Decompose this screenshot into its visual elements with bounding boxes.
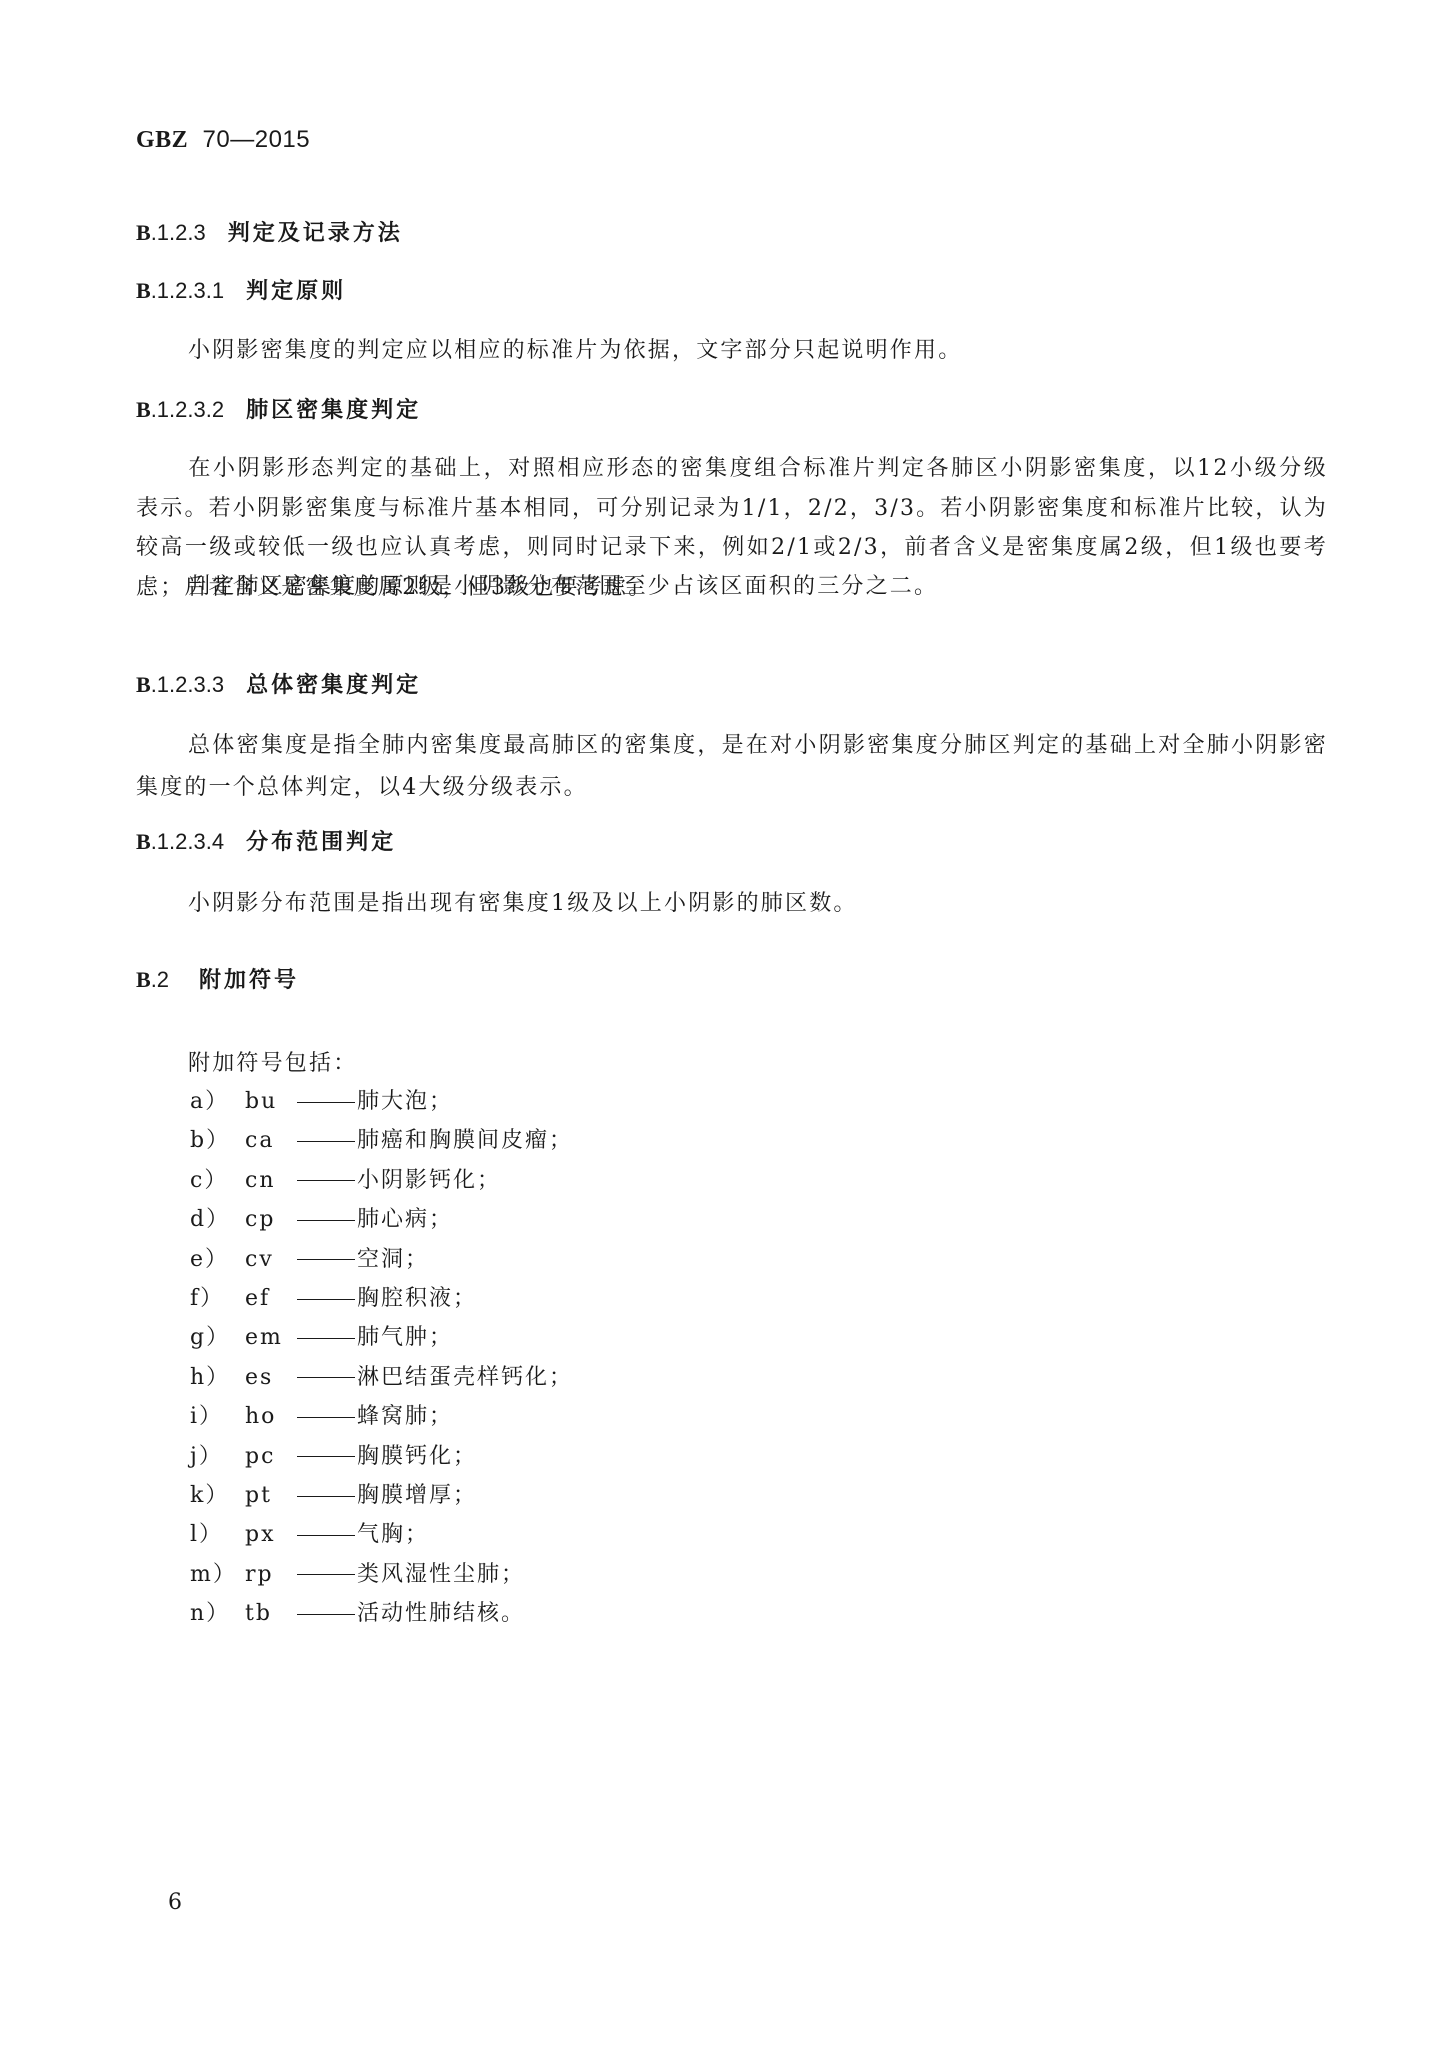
list-item: h）es淋巴结蛋壳样钙化； [190, 1363, 573, 1393]
em-dash [297, 1180, 355, 1181]
symbol-description: 肺心病； [357, 1207, 453, 1232]
paragraph-judgment-principle: 小阴影密集度的判定应以相应的标准片为依据，文字部分只起说明作用。 [136, 331, 1328, 371]
symbol-code: ef [245, 1284, 297, 1314]
section-number: .1.2.3.2 [151, 397, 224, 422]
paragraph-distribution-range: 小阴影分布范围是指出现有密集度1级及以上小阴影的肺区数。 [136, 884, 1328, 924]
symbol-code: ho [245, 1402, 297, 1432]
paragraph-symbols-intro: 附加符号包括： [136, 1044, 1328, 1084]
list-item: g）em肺气肿； [190, 1323, 453, 1353]
item-label: d） [190, 1205, 245, 1235]
em-dash [297, 1456, 355, 1457]
list-item: d）cp肺心病； [190, 1205, 453, 1235]
section-number: .1.2.3 [151, 220, 206, 245]
item-label: a） [190, 1087, 245, 1117]
item-label: n） [190, 1599, 245, 1629]
section-title: 总体密集度判定 [246, 673, 421, 698]
symbol-code: pc [245, 1442, 297, 1472]
standard-code: 70—2015 [203, 126, 311, 153]
list-item: i）ho蜂窝肺； [190, 1402, 453, 1432]
item-label: b） [190, 1126, 245, 1156]
em-dash [297, 1574, 355, 1575]
symbol-description: 胸腔积液； [357, 1286, 477, 1311]
item-label: l） [190, 1520, 245, 1550]
section-number: .1.2.3.3 [151, 672, 224, 697]
symbol-description: 活动性肺结核。 [357, 1601, 525, 1626]
symbol-description: 胸膜钙化； [357, 1444, 477, 1469]
list-item: l）px气胸； [190, 1520, 429, 1550]
list-item: m）rp类风湿性尘肺； [190, 1560, 525, 1590]
symbol-code: pt [245, 1481, 297, 1511]
em-dash [297, 1614, 355, 1615]
section-heading-b1-2-3-3: B.1.2.3.3总体密集度判定 [136, 670, 421, 701]
symbol-code: tb [245, 1599, 297, 1629]
section-number: .1.2.3.1 [151, 278, 224, 303]
symbol-code: rp [245, 1560, 297, 1590]
paragraph-text: 附加符号包括： [188, 1051, 357, 1076]
section-number-letter: B [136, 278, 151, 303]
item-label: j） [190, 1442, 245, 1472]
section-title: 肺区密集度判定 [246, 398, 421, 423]
em-dash [297, 1141, 355, 1142]
section-number: .1.2.3.4 [151, 829, 224, 854]
item-label: h） [190, 1363, 245, 1393]
list-item: k）pt胸膜增厚； [190, 1481, 477, 1511]
paragraph-density-principle: 判定肺区密集度的原则是小阴影分布范围至少占该区面积的三分之二。 [136, 567, 1328, 607]
paragraph-text: 小阴影分布范围是指出现有密集度1级及以上小阴影的肺区数。 [188, 891, 858, 916]
symbol-description: 类风湿性尘肺； [357, 1562, 525, 1587]
list-item: c）cn小阴影钙化； [190, 1166, 501, 1196]
document-header: GBZ 70—2015 [136, 126, 310, 154]
section-number-letter: B [136, 672, 151, 697]
symbol-description: 小阴影钙化； [357, 1168, 501, 1193]
item-label: m） [190, 1560, 245, 1590]
paragraph-overall-density: 总体密集度是指全肺内密集度最高肺区的密集度，是在对小阴影密集度分肺区判定的基础上… [136, 725, 1328, 809]
item-label: k） [190, 1481, 245, 1511]
symbol-code: bu [245, 1087, 297, 1117]
symbol-description: 肺气肿； [357, 1325, 453, 1350]
symbol-code: es [245, 1363, 297, 1393]
list-item: b）ca肺癌和胸膜间皮瘤； [190, 1126, 573, 1156]
em-dash [297, 1102, 355, 1103]
symbol-code: cv [245, 1245, 297, 1275]
list-item: a）bu肺大泡； [190, 1087, 453, 1117]
symbol-description: 肺大泡； [357, 1089, 453, 1114]
symbol-code: ca [245, 1126, 297, 1156]
item-label: g） [190, 1323, 245, 1353]
item-label: e） [190, 1245, 245, 1275]
symbol-description: 气胸； [357, 1522, 429, 1547]
section-heading-b2: B.2附加符号 [136, 965, 299, 996]
section-number-letter: B [136, 397, 151, 422]
symbol-code: px [245, 1520, 297, 1550]
section-title: 判定原则 [246, 279, 346, 304]
section-number-letter: B [136, 220, 151, 245]
section-number-letter: B [136, 829, 151, 854]
em-dash [297, 1535, 355, 1536]
section-heading-b1-2-3-1: B.1.2.3.1判定原则 [136, 276, 346, 307]
item-label: f） [190, 1284, 245, 1314]
list-item: n）tb活动性肺结核。 [190, 1599, 525, 1629]
em-dash [297, 1220, 355, 1221]
symbol-code: cp [245, 1205, 297, 1235]
section-number-letter: B [136, 967, 151, 992]
em-dash [297, 1377, 355, 1378]
symbol-description: 胸膜增厚； [357, 1483, 477, 1508]
em-dash [297, 1259, 355, 1260]
item-label: i） [190, 1402, 245, 1432]
symbol-description: 肺癌和胸膜间皮瘤； [357, 1128, 573, 1153]
symbol-code: em [245, 1323, 297, 1353]
item-label: c） [190, 1166, 245, 1196]
symbol-description: 淋巴结蛋壳样钙化； [357, 1365, 573, 1390]
paragraph-text: 小阴影密集度的判定应以相应的标准片为依据，文字部分只起说明作用。 [188, 338, 962, 363]
section-title: 附加符号 [199, 968, 299, 993]
list-item: e）cv空洞； [190, 1245, 429, 1275]
symbol-description: 空洞； [357, 1247, 429, 1272]
section-title: 判定及记录方法 [228, 221, 403, 246]
em-dash [297, 1417, 355, 1418]
paragraph-text: 总体密集度是指全肺内密集度最高肺区的密集度，是在对小阴影密集度分肺区判定的基础上… [136, 733, 1328, 800]
section-title: 分布范围判定 [246, 830, 396, 855]
list-item: f）ef胸腔积液； [190, 1284, 477, 1314]
section-heading-b1-2-3-4: B.1.2.3.4分布范围判定 [136, 827, 396, 858]
standard-prefix: GBZ [136, 127, 188, 153]
section-heading-b1-2-3-2: B.1.2.3.2肺区密集度判定 [136, 395, 421, 426]
list-item: j）pc胸膜钙化； [190, 1442, 477, 1472]
em-dash [297, 1338, 355, 1339]
section-number: .2 [151, 967, 169, 992]
page-number: 6 [168, 1890, 182, 1915]
symbol-code: cn [245, 1166, 297, 1196]
paragraph-text: 判定肺区密集度的原则是小阴影分布范围至少占该区面积的三分之二。 [188, 574, 938, 599]
em-dash [297, 1299, 355, 1300]
em-dash [297, 1496, 355, 1497]
symbol-description: 蜂窝肺； [357, 1404, 453, 1429]
section-heading-b1-2-3: B.1.2.3判定及记录方法 [136, 218, 403, 249]
